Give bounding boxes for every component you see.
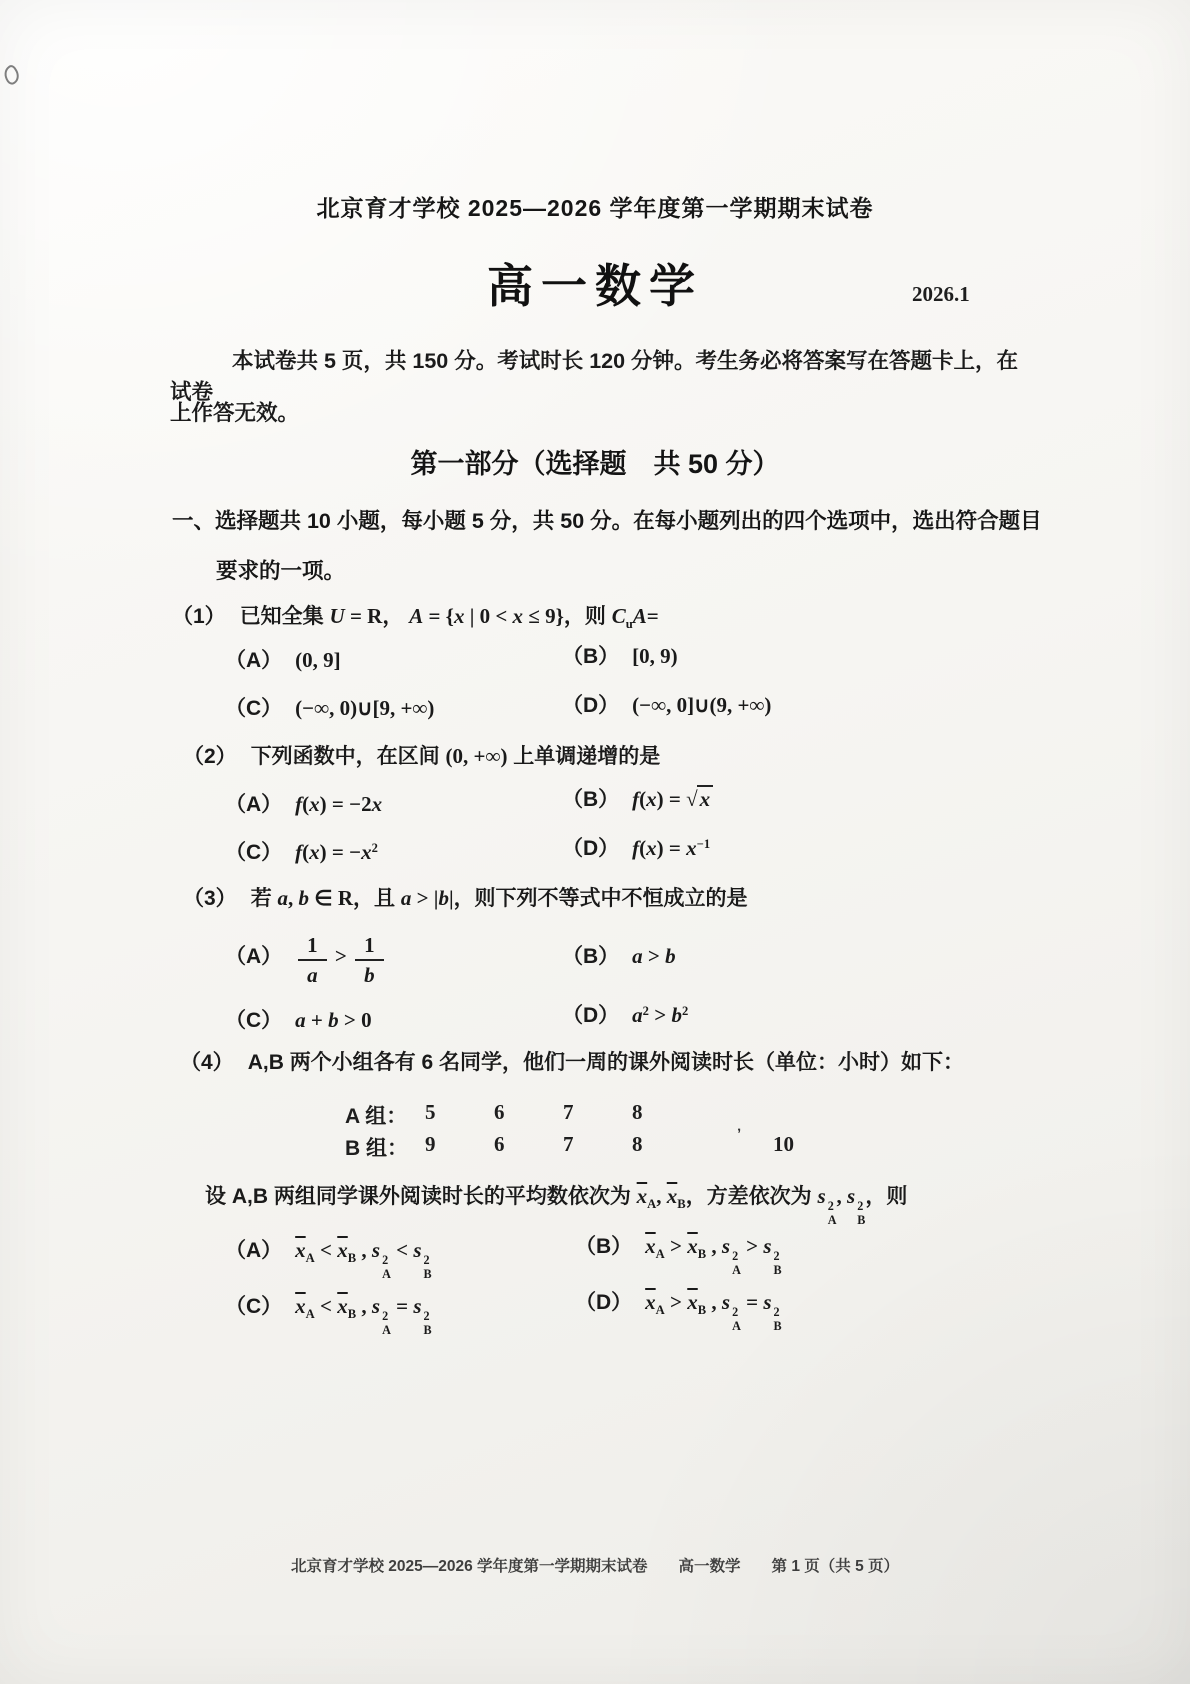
instruction-line-2: 要求的一项。 — [216, 554, 345, 585]
table-cell-a1: 5 — [425, 1100, 494, 1130]
table-row-b-label: B 组： — [345, 1132, 425, 1162]
table-cell-a3: 7 — [563, 1100, 632, 1130]
q1-option-d-label: （D） — [562, 694, 619, 717]
table-cell-b1: 9 — [425, 1132, 494, 1162]
exam-header-title: 北京育才学校 2025—2026 学年度第一学期期末试卷 — [0, 190, 1190, 223]
scan-artifact-tick: ʼ — [737, 1126, 741, 1143]
question-4-setup-formula: 设 A,B 两组同学课外阅读时长的平均数依次为 xA, xB，方差依次为 s2A… — [205, 1185, 907, 1208]
question-4-setup: 设 A,B 两组同学课外阅读时长的平均数依次为 xA, xB，方差依次为 s2A… — [205, 1180, 907, 1228]
q1-option-c-label: （C） — [225, 697, 282, 720]
q4-option-d-formula: xA > xB , s2A = s2B — [645, 1291, 782, 1314]
q2-option-d-formula: f(x) = x−1 — [632, 837, 710, 860]
q1-option-d: （D）(−∞, 0]∪(9, +∞) — [562, 689, 771, 719]
q1-option-a-formula: (0, 9] — [295, 649, 341, 672]
instruction-line-1: 一、选择题共 10 小题，每小题 5 分，共 50 分。在每小题列出的四个选项中… — [172, 504, 1042, 535]
q2-option-a-label: （A） — [225, 793, 282, 816]
q4-option-c: （C）xA < xB , s2A = s2B — [225, 1290, 432, 1338]
table-row-a: A 组： 5 6 7 8 — [345, 1100, 701, 1130]
q3-option-b-formula: a > b — [632, 945, 675, 968]
q3-option-d-label: （D） — [562, 1004, 619, 1027]
section-heading: 第一部分（选择题 共 50 分） — [0, 442, 1190, 481]
table-row-a-label: A 组： — [345, 1100, 425, 1130]
question-3-stem: （3）若 a, b ∈ R，且 a > |b|，则下列不等式中不恒成立的是 — [183, 882, 748, 912]
q4-option-a-formula: xA < xB , s2A < s2B — [295, 1239, 432, 1262]
subject-title: 高一数学 — [0, 250, 1190, 316]
question-3-number: （3） — [183, 887, 237, 910]
question-1-number: （1） — [172, 605, 226, 628]
q1-option-b-formula: [0, 9) — [632, 645, 678, 668]
q4-option-b: （B）xA > xB , s2A > s2B — [575, 1230, 782, 1278]
intro-line-2: 上作答无效。 — [170, 396, 299, 427]
question-2-formula: 下列函数中，在区间 (0, +∞) 上单调递增的是 — [251, 745, 661, 768]
exam-date: 2026.1 — [912, 282, 970, 307]
q2-option-d: （D）f(x) = x−1 — [562, 832, 710, 862]
q4-option-a: （A）xA < xB , s2A < s2B — [225, 1234, 432, 1282]
question-1-formula: 已知全集 U = R， A = {x | 0 < x ≤ 9}，则 CuA= — [240, 605, 659, 628]
q3-option-a-formula: 1a > 1b — [295, 945, 386, 968]
q3-option-b: （B）a > b — [562, 940, 676, 970]
q4-option-c-formula: xA < xB , s2A = s2B — [295, 1295, 432, 1318]
exam-paper-page: 北京育才学校 2025—2026 学年度第一学期期末试卷 高一数学 2026.1… — [0, 0, 1190, 1684]
intro-line-1: 本试卷共 5 页，共 150 分。考试时长 120 分钟。考生务必将答案写在答题… — [170, 344, 1032, 406]
table-cell-b5: 10 — [773, 1132, 842, 1162]
q3-option-d: （D）a2 > b2 — [562, 999, 688, 1029]
question-3-formula: 若 a, b ∈ R，且 a > |b|，则下列不等式中不恒成立的是 — [251, 887, 748, 910]
question-2-number: （2） — [183, 745, 237, 768]
q1-option-a: （A）(0, 9] — [225, 644, 341, 674]
q2-option-b-label: （B） — [562, 788, 619, 811]
scan-artifact-mark — [0, 63, 23, 86]
table-cell-a2: 6 — [494, 1100, 563, 1130]
question-1-stem: （1）已知全集 U = R， A = {x | 0 < x ≤ 9}，则 CuA… — [172, 600, 659, 632]
q1-option-d-formula: (−∞, 0]∪(9, +∞) — [632, 694, 771, 717]
q4-option-c-label: （C） — [225, 1295, 282, 1318]
q3-option-a: （A）1a > 1b — [225, 930, 387, 984]
question-4-number: （4） — [180, 1051, 234, 1074]
q3-option-b-label: （B） — [562, 945, 619, 968]
table-row-b: B 组： 9 6 7 8 10 — [345, 1132, 842, 1162]
q1-option-b: （B）[0, 9) — [562, 640, 678, 670]
q4-option-d-label: （D） — [575, 1291, 632, 1314]
q3-option-c-label: （C） — [225, 1009, 282, 1032]
q2-option-c-formula: f(x) = −x2 — [295, 841, 378, 864]
q3-option-c: （C）a + b > 0 — [225, 1004, 372, 1034]
q2-option-c-label: （C） — [225, 841, 282, 864]
table-cell-a4: 8 — [632, 1100, 701, 1130]
q3-option-d-formula: a2 > b2 — [632, 1004, 688, 1027]
q1-option-c: （C）(−∞, 0)∪[9, +∞) — [225, 692, 434, 722]
q4-option-a-label: （A） — [225, 1239, 282, 1262]
q3-option-a-label: （A） — [225, 945, 282, 968]
q2-option-a-formula: f(x) = −2x — [295, 793, 382, 816]
q4-option-d: （D）xA > xB , s2A = s2B — [575, 1286, 782, 1334]
q1-option-b-label: （B） — [562, 645, 619, 668]
q1-option-a-label: （A） — [225, 649, 282, 672]
q2-option-c: （C）f(x) = −x2 — [225, 836, 378, 866]
q4-option-b-formula: xA > xB , s2A > s2B — [645, 1235, 782, 1258]
question-4-formula: A,B 两个小组各有 6 名同学，他们一周的课外阅读时长（单位：小时）如下： — [248, 1051, 964, 1074]
question-2-stem: （2）下列函数中，在区间 (0, +∞) 上单调递增的是 — [183, 740, 660, 770]
page-footer: 北京育才学校 2025—2026 学年度第一学期期末试卷 高一数学 第 1 页（… — [0, 1554, 1190, 1576]
q2-option-d-label: （D） — [562, 837, 619, 860]
q4-option-b-label: （B） — [575, 1235, 632, 1258]
q3-option-c-formula: a + b > 0 — [295, 1009, 371, 1032]
q2-option-a: （A）f(x) = −2x — [225, 788, 382, 818]
question-4-stem: （4）A,B 两个小组各有 6 名同学，他们一周的课外阅读时长（单位：小时）如下… — [180, 1046, 964, 1076]
table-cell-b2: 6 — [494, 1132, 563, 1162]
table-cell-b4: 8 — [632, 1132, 701, 1162]
q2-option-b: （B）f(x) = √x — [562, 783, 713, 813]
q2-option-b-formula: f(x) = √x — [632, 788, 713, 811]
q1-option-c-formula: (−∞, 0)∪[9, +∞) — [295, 697, 434, 720]
table-cell-b3: 7 — [563, 1132, 632, 1162]
